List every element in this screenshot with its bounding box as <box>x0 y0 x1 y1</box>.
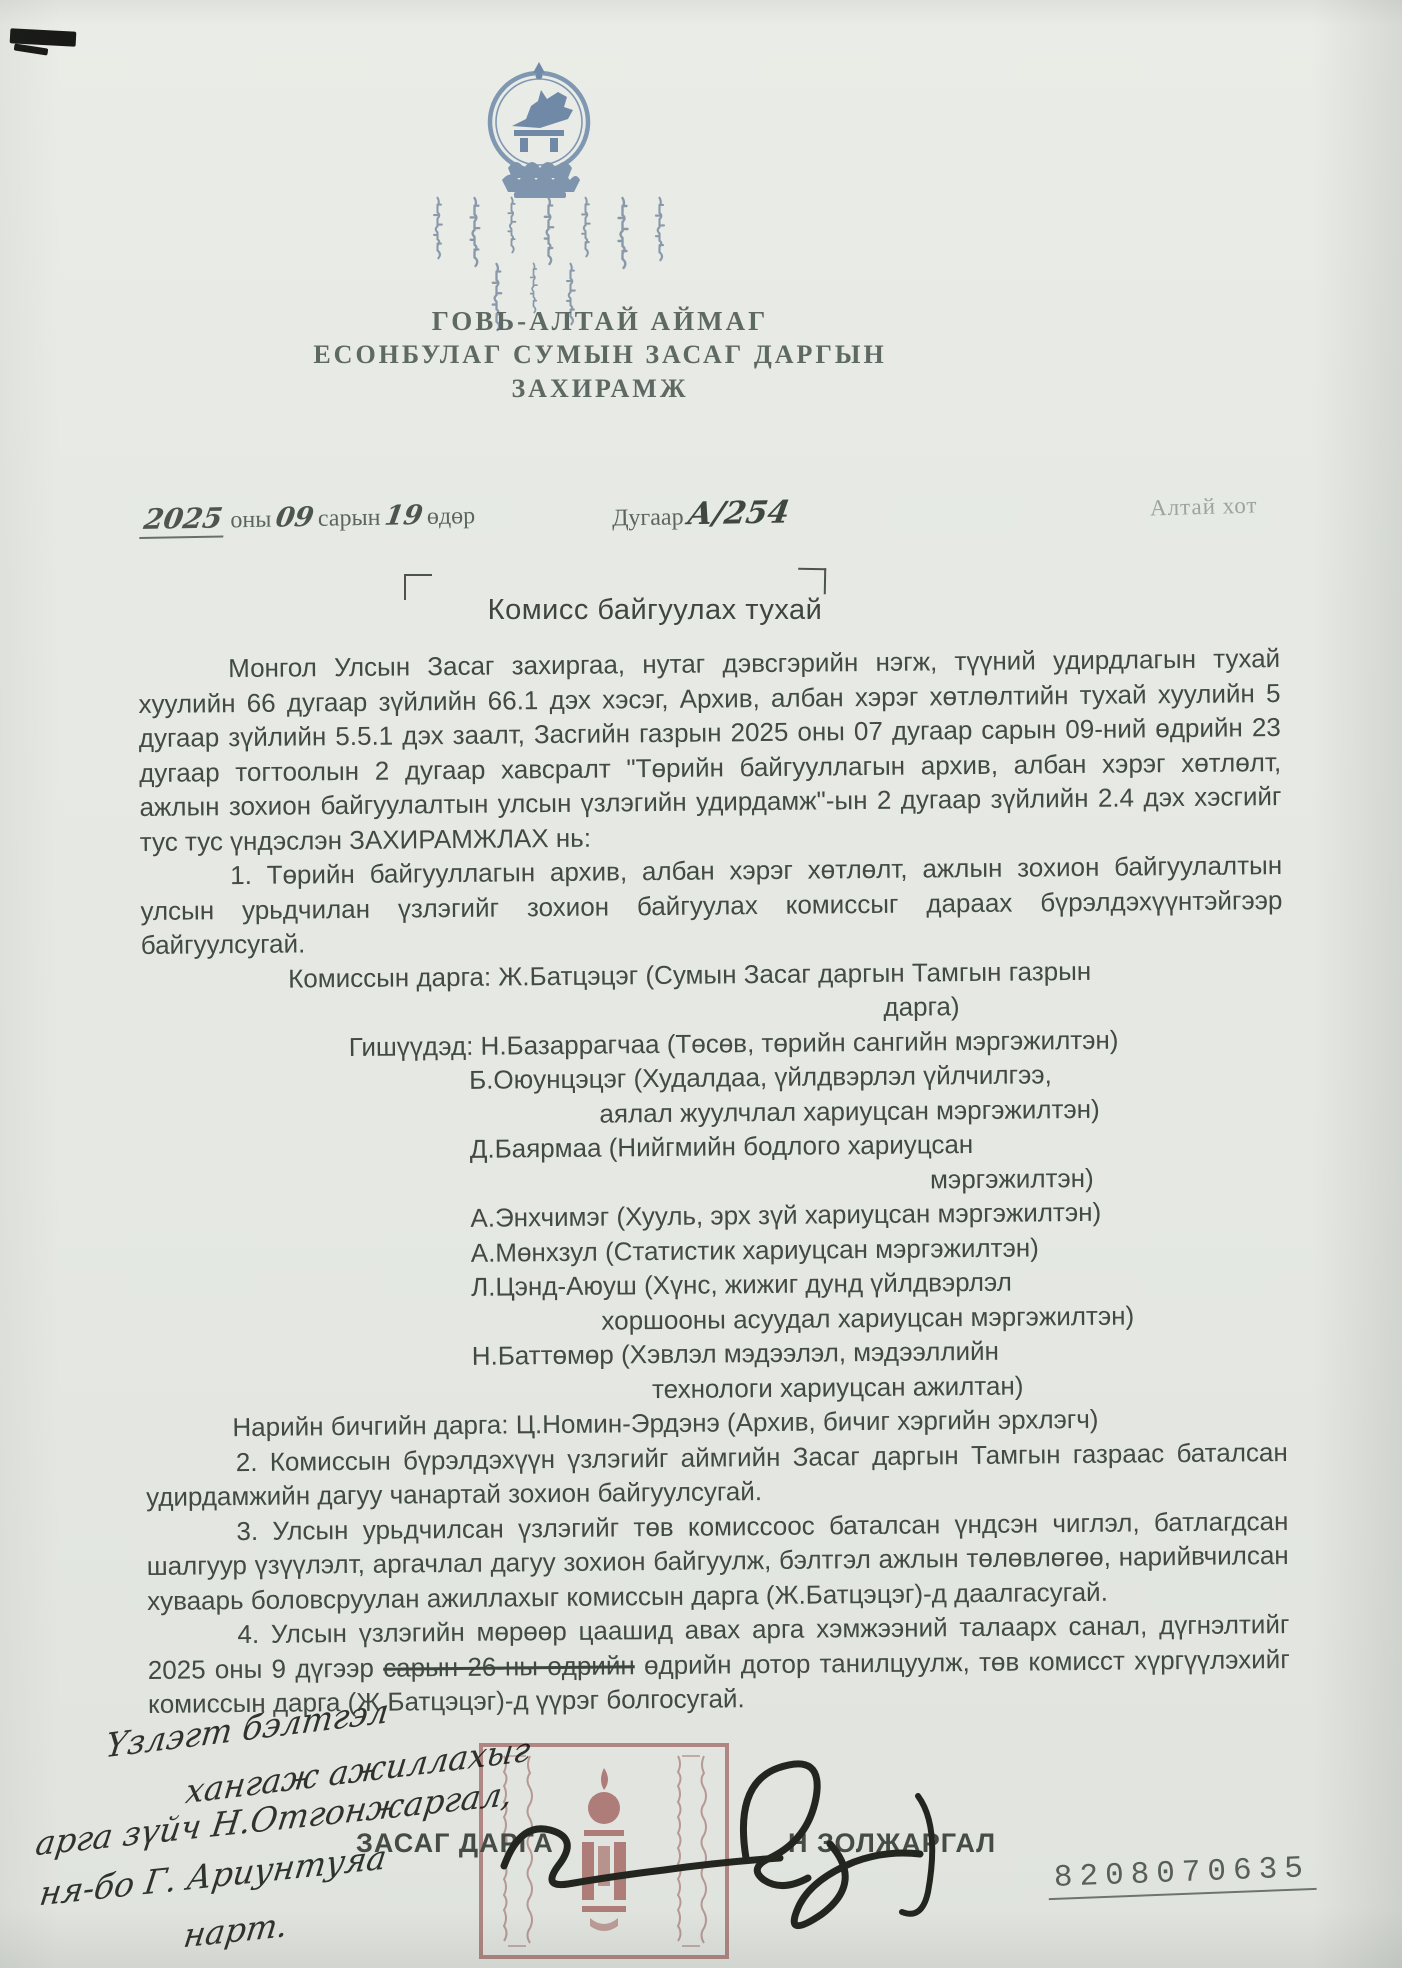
item4-struck-text: сарын 26-ны өдрийн <box>383 1650 635 1682</box>
handwritten-note-line-5: нарт. <box>181 1905 290 1956</box>
date-day-label: өдөр <box>427 503 476 530</box>
city-label: Алтай хот <box>1150 493 1258 522</box>
registry-number: 8208070635 <box>1047 1851 1316 1900</box>
item2-paragraph: 2. Комиссын бүрэлдэхүүн үзлэгийг аймгийн… <box>146 1435 1289 1515</box>
chair-line-2: дарга) <box>883 986 1283 1024</box>
date-line: 2025 оны 09 сарын 19 өдөр <box>142 497 476 539</box>
intro-paragraph: Монгол Улсын Засаг захиргаа, нутаг дэвсг… <box>138 641 1282 859</box>
number-handwritten: А/254 <box>685 494 792 532</box>
org-name-line1: ГОВЬ-АЛТАЙ АЙМАГ <box>0 306 1200 337</box>
date-month-label: сарын <box>318 505 381 532</box>
org-name-line2: ЕСОНБУЛАГ СУМЫН ЗАСАГ ДАРГЫН <box>0 340 1200 370</box>
members-label: Гишүүдэд: <box>349 1030 474 1061</box>
member-1: Н.Базаррагчаа (Төсөв, төрийн сангийн мэр… <box>480 1024 1118 1060</box>
member-3b: мэргэжилтэн) <box>930 1159 1285 1197</box>
signature-scribble-icon <box>488 1736 1048 1936</box>
state-emblem-icon <box>478 56 600 202</box>
corner-bracket-right-icon <box>798 568 826 594</box>
date-year-handwritten: 2025 <box>139 501 229 539</box>
document-title: Комисс байгуулах тухай <box>0 594 1310 627</box>
date-month-handwritten: 09 <box>273 502 315 534</box>
document-body: Монгол Улсын Засаг захиргаа, нутаг дэвсг… <box>138 641 1290 1721</box>
number-line: Дугаар А/254 <box>612 494 790 533</box>
number-label: Дугаар <box>612 504 684 531</box>
date-day-handwritten: 19 <box>382 500 424 532</box>
scan-artifact-mark-small <box>14 43 49 55</box>
scanned-order-document: ГОВЬ-АЛТАЙ АЙМАГ ЕСОНБУЛАГ СУМЫН ЗАСАГ Д… <box>0 0 1402 1968</box>
mongol-script-row-1 <box>408 196 688 270</box>
item3-paragraph: 3. Улсын урьдчилсан үзлэгийг төв комиссо… <box>146 1503 1289 1617</box>
date-year-label: оны <box>230 507 271 534</box>
doc-type-label: ЗАХИРАМЖ <box>0 374 1200 404</box>
item1-paragraph: 1. Төрийн байгууллагын архив, албан хэрэ… <box>140 848 1283 962</box>
